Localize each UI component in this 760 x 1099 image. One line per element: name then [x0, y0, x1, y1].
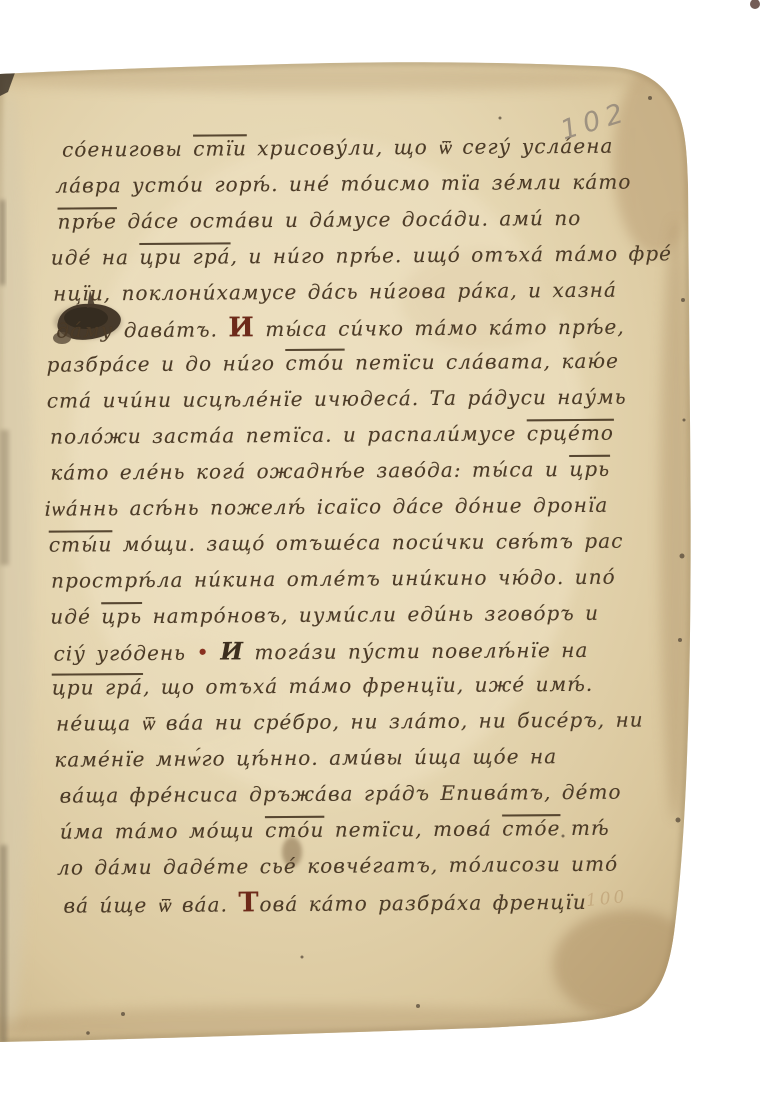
- manuscript-text-segment: да́му дава́тъ.: [56, 318, 228, 343]
- manuscript-line: каме́нїе мнѡ́го цѣ́нно. ами́вы и́ща що́е…: [4, 738, 704, 779]
- manuscript-line: иде́ на цри гра́, и ни́го прѣ́е. ищо́ от…: [1, 236, 701, 277]
- manuscript-text-segment: ста́ ичи́ни исцѣле́нїе ичюдеса́. Та ра́д…: [47, 385, 627, 413]
- manuscript-text-segment: , и ни́го прѣ́е. ищо́ отъха́ та́мо фре́: [231, 241, 673, 268]
- manuscript-text-segment: сто́и: [285, 351, 344, 375]
- manuscript-text-segment: сто́и: [265, 818, 324, 842]
- manuscript-line: иде́ црь натро́новъ, иуми́сли еди́нь зго…: [3, 595, 703, 636]
- manuscript-text-segment: мо́щи. защо́ отъше́са поси́чки свѣ́тъ ра…: [112, 528, 623, 556]
- manuscript-text-segment: и́ма та́мо мо́щи: [60, 818, 265, 843]
- manuscript-text-segment: ла́вра усто́и горѣ́. ине́ то́исмо тїа зе…: [55, 169, 631, 197]
- manuscript-text-segment: црь: [101, 604, 142, 628]
- manuscript-line: сіу́ уго́день • И тога́зи пу́сти повелѣ́…: [4, 631, 704, 672]
- manuscript-line: да́му дава́тъ. И ты́са си́чко та́мо ка́т…: [1, 308, 701, 349]
- manuscript-text-segment: сты́и: [49, 532, 113, 556]
- manuscript-text-segment: разбра́се и до ни́го: [47, 351, 286, 377]
- manuscript-text-segment: иде́ на: [51, 245, 140, 270]
- manuscript-text-segment: ты́са си́чко та́мо ка́то прѣ́е,: [255, 315, 625, 342]
- manuscript-line: прѣ́е да́се оста́ви и да́мусе доса́ди. а…: [1, 200, 701, 241]
- rubricated-initial: И: [220, 637, 244, 666]
- manuscript-line: ла́вра усто́и горѣ́. ине́ то́исмо тїа зе…: [0, 164, 700, 205]
- manuscript-text-segment: срце́то: [527, 421, 614, 446]
- manuscript-line: ка́то еле́нь кога́ ожаднѣ́е заво́да: ты́…: [2, 451, 702, 492]
- manuscript-line: ста́ ичи́ни исцѣле́нїе ичюдеса́. Та ра́д…: [2, 379, 702, 420]
- rubricated-initial: Т: [238, 887, 259, 918]
- manuscript-text-segment: црь: [569, 457, 610, 481]
- manuscript-text-segment: нцїи, поклони́хамусе да́сь ни́гова ра́ка…: [53, 277, 617, 305]
- manuscript-text-segment: ва́ и́ще ѿ ва́а.: [63, 892, 238, 917]
- manuscript-text-segment: иде́: [50, 604, 101, 628]
- manuscript-text-block: со́ениговы стїи хрисову́ли, що ѿ сегу́ у…: [0, 128, 705, 922]
- manuscript-photo: со́ениговы стїи хрисову́ли, що ѿ сегу́ у…: [0, 0, 760, 1099]
- manuscript-text-segment: прѣ́е: [58, 209, 118, 233]
- manuscript-text-segment: петїси сла́вата, каю́е: [345, 349, 619, 375]
- photo-edge-fragment: [750, 0, 760, 9]
- manuscript-line: не́ища ѿ ва́а ни сре́бро, ни зла́то, ни …: [4, 702, 704, 743]
- manuscript-text-segment: натро́новъ, иуми́сли еди́нь згово́ръ и: [142, 600, 599, 627]
- manuscript-text-segment: ва́ща фре́нсиса дръжа́ва гра́дъ Епива́тъ…: [60, 780, 622, 808]
- manuscript-text-segment: , що отъха́ та́мо френцїи, иже́ имѣ́.: [143, 672, 593, 699]
- manuscript-line: ва́ща фре́нсиса дръжа́ва гра́дъ Епива́тъ…: [5, 774, 705, 815]
- manuscript-text-segment: со́ениговы: [62, 137, 193, 162]
- manuscript-text-segment: поло́жи заста́а петїса. и распали́мусе: [50, 421, 527, 448]
- manuscript-text-segment: цри гра́: [52, 675, 143, 700]
- manuscript-text-segment: петїси, това́: [324, 816, 502, 841]
- manuscript-line: ло да́ми даде́те сье́ ковче́гатъ, то́лис…: [5, 846, 705, 887]
- manuscript-text-segment: прострѣ́ла ни́кина отле́тъ ини́кино чю́д…: [51, 564, 616, 592]
- manuscript-text-segment: ка́то еле́нь кога́ ожаднѣ́е заво́да: ты́…: [50, 457, 569, 485]
- manuscript-line: и́ма та́мо мо́щи сто́и петїси, това́ сто…: [5, 810, 705, 851]
- manuscript-text-segment: хрисову́ли, що ѿ сегу́ усла́ена: [247, 134, 614, 161]
- manuscript-text-segment: ова́ ка́то разбра́ха френцїи: [259, 890, 586, 916]
- rubric-dot-icon: •: [196, 641, 210, 665]
- manuscript-text-segment: да́се оста́ви и да́мусе доса́ди. ами́ по: [117, 206, 582, 233]
- manuscript-text-segment: сто́е: [502, 816, 560, 840]
- manuscript-line: цри гра́, що отъха́ та́мо френцїи, иже́ …: [4, 666, 704, 707]
- manuscript-text-segment: сіу́ уго́день: [54, 641, 197, 666]
- manuscript-text-segment: іѡа́ннь асѣ́нь пожелѣ́ ісаїсо да́се до́н…: [45, 493, 609, 521]
- manuscript-text-segment: каме́нїе мнѡ́го цѣ́нно. ами́вы и́ща що́е…: [54, 744, 557, 772]
- manuscript-text-segment: не́ища ѿ ва́а ни сре́бро, ни зла́то, ни …: [56, 708, 644, 736]
- manuscript-line: прострѣ́ла ни́кина отле́тъ ини́кино чю́д…: [3, 559, 703, 600]
- rubricated-initial: И: [228, 313, 255, 344]
- manuscript-line: нцїи, поклони́хамусе да́сь ни́гова ра́ка…: [1, 272, 701, 313]
- manuscript-line: поло́жи заста́а петїса. и распали́мусе с…: [2, 415, 702, 456]
- manuscript-text-segment: тѣ́: [560, 816, 609, 840]
- manuscript-line: сты́и мо́щи. защо́ отъше́са поси́чки свѣ…: [3, 523, 703, 564]
- manuscript-text-segment: тога́зи пу́сти повелѣ́нїе на: [244, 638, 589, 664]
- manuscript-text-segment: стїи: [193, 136, 247, 160]
- manuscript-line: іѡа́ннь асѣ́нь пожелѣ́ ісаїсо да́се до́н…: [3, 487, 703, 528]
- manuscript-text-segment: [210, 641, 221, 665]
- manuscript-text-segment: цри гра́: [139, 244, 230, 269]
- manuscript-text-segment: ло да́ми даде́те сье́ ковче́гатъ, то́лис…: [57, 852, 618, 880]
- manuscript-line: разбра́се и до ни́го сто́и петїси сла́ва…: [2, 343, 702, 384]
